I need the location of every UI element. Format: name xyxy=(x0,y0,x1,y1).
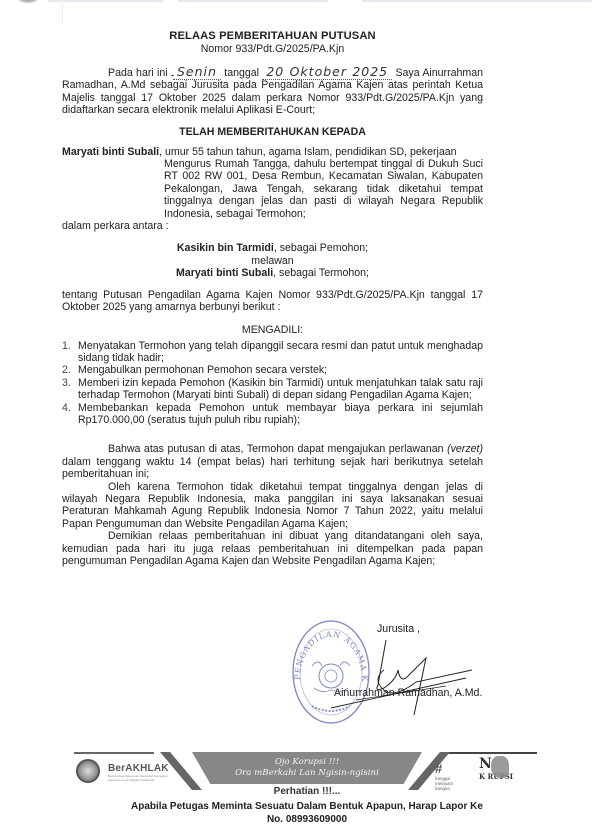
scan-artifact-blob xyxy=(18,0,38,3)
berakhlak-logo: BerAKHLAK Berorientasi Pelayanan Akuntab… xyxy=(108,763,169,782)
closing-paragraph: Demikian relaas pemberitahuan ini dibuat… xyxy=(62,530,483,567)
document-body: RELAAS PEMBERITAHUAN PUTUSAN Nomor 933/P… xyxy=(62,26,483,567)
ruling-item: 3.Memberi izin kepada Pemohon (Kasikin b… xyxy=(62,377,483,402)
scan-artifact-line xyxy=(48,0,163,2)
versus-label: melawan xyxy=(62,255,483,267)
footer-banner: BerAKHLAK Berorientasi Pelayanan Akuntab… xyxy=(72,750,542,836)
respondent-name: Maryati binti Subali xyxy=(176,267,273,279)
stop-hand-icon xyxy=(491,756,509,778)
decision-intro: tentang Putusan Pengadilan Agama Kajen N… xyxy=(62,289,483,314)
scan-artifact-line xyxy=(362,0,592,2)
recipient-first-line: Maryati binti Subali, umur 55 tahun tahu… xyxy=(62,146,483,158)
recipient-block: Maryati binti Subali, umur 55 tahun tahu… xyxy=(62,146,483,220)
rulings-list: 1.Menyatakan Termohon yang telah dipangg… xyxy=(62,340,483,427)
unknown-address-paragraph: Oleh karena Termohon tidak diketahui tem… xyxy=(62,481,483,531)
anti-corruption-banner: Ojo Korupsi !!! Ora mBerkahi Lan Ngisin-… xyxy=(192,752,422,784)
document-title: RELAAS PEMBERITAHUAN PUTUSAN xyxy=(62,30,483,42)
case-number: Nomor 933/Pdt.G/2025/PA.Kjn xyxy=(62,43,483,55)
scan-artifact-vertical xyxy=(62,0,63,24)
handwritten-day: Senin xyxy=(173,64,221,80)
recipient-name: Maryati binti Subali xyxy=(62,146,159,158)
tanggal-label: tanggal xyxy=(224,67,259,79)
applicant-name: Kasikin bin Tarmidi xyxy=(177,242,274,254)
scan-artifact-line xyxy=(178,0,328,2)
mengadili-heading: MENGADILI: xyxy=(62,324,483,336)
case-between-label: dalam perkara antara : xyxy=(62,220,483,232)
verzet-term: (verzet) xyxy=(447,443,483,455)
signature-block: PENGADILAN AGAMA KAJEN Jurusita , Ainurr… xyxy=(290,612,490,732)
report-notice: Apabila Petugas Meminta Sesuatu Dalam Be… xyxy=(72,800,542,826)
verzet-paragraph: Bahwa atas putusan di atas, Termohon dap… xyxy=(62,443,483,480)
signer-name: Ainurrahman Ramadhan, A.Md. xyxy=(334,687,482,699)
ruling-item: 2.Mengabulkan permohonan Pemohon secara … xyxy=(62,364,483,376)
signature-scribble-icon xyxy=(326,630,476,720)
applicant-role: , sebagai Pemohon; xyxy=(274,242,368,254)
ruling-item: 1.Menyatakan Termohon yang telah dipangg… xyxy=(62,340,483,365)
respondent-role: , sebagai Termohon; xyxy=(273,267,369,279)
report-phone-number: No. 08993609000 xyxy=(72,813,542,826)
recipient-details: Mengurus Rumah Tangga, dahulu bertempat … xyxy=(62,158,483,220)
scan-artifact-top xyxy=(0,0,599,4)
mahkamah-agung-emblem-icon xyxy=(76,759,100,783)
notice-heading: TELAH MEMBERITAHUKAN KEPADA xyxy=(62,126,483,138)
document-page: RELAAS PEMBERITAHUAN PUTUSAN Nomor 933/P… xyxy=(0,0,599,839)
parties-block: Kasikin bin Tarmidi, sebagai Pemohon; me… xyxy=(62,242,483,279)
opening-paragraph: Pada hari ini Senin tanggal 20 Oktober 2… xyxy=(62,66,483,117)
perhatian-notice: Perhatian !!!... xyxy=(72,786,542,797)
hashtag-icon: # xyxy=(435,762,442,776)
saya-label: Saya xyxy=(395,67,419,79)
handwritten-date: 20 Oktober 2025 xyxy=(262,64,392,80)
no-korupsi-logo: N K RUPSI xyxy=(479,756,513,781)
ruling-item: 4.Membebankan kepada Pemohon untuk memba… xyxy=(62,402,483,427)
opening-prefix: Pada hari ini xyxy=(108,67,168,79)
